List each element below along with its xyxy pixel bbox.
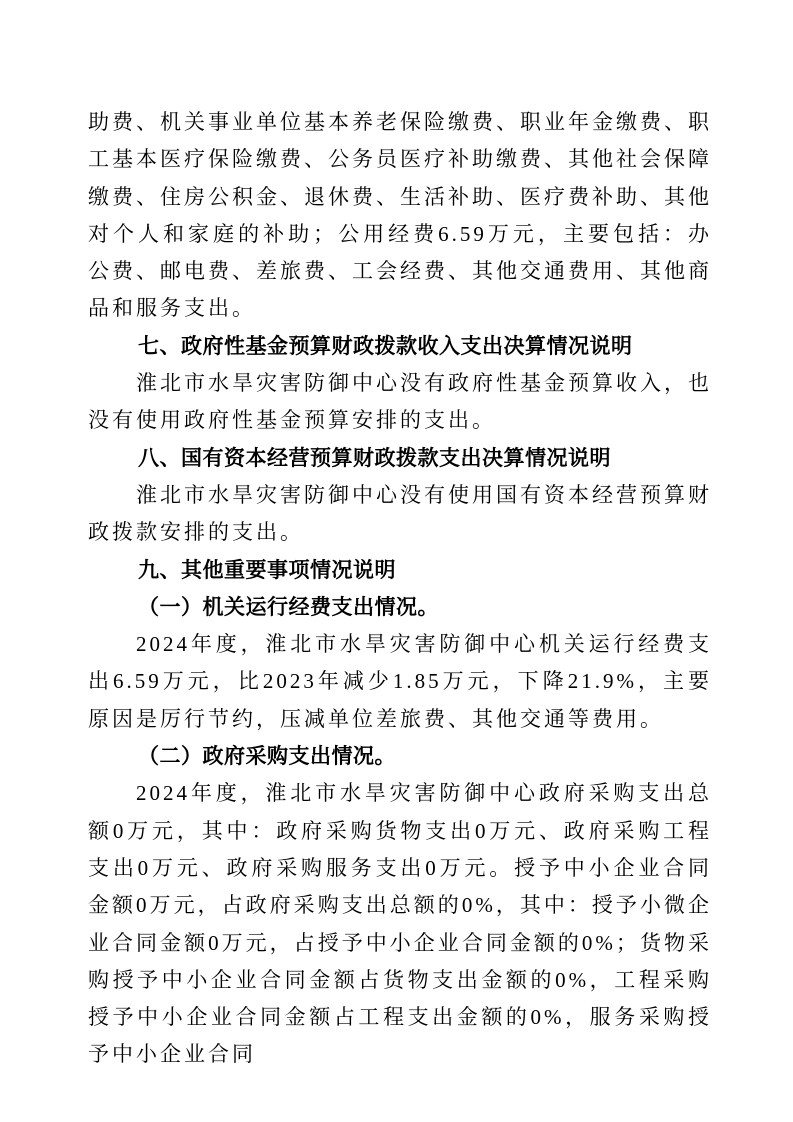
paragraph-gov-fund-budget: 淮北市水旱灾害防御中心没有政府性基金预算收入，也没有使用政府性基金预算安排的支出… xyxy=(88,365,712,440)
section-heading-9-other-important-matters: 九、其他重要事项情况说明 xyxy=(88,552,712,589)
subsection-heading-2-gov-procurement: （二）政府采购支出情况。 xyxy=(88,738,712,775)
subsection-heading-1-operating-expense: （一）机关运行经费支出情况。 xyxy=(88,589,712,626)
section-heading-8-state-capital-budget: 八、国有资本经营预算财政拨款支出决算情况说明 xyxy=(88,440,712,477)
paragraph-state-capital-budget: 淮北市水旱灾害防御中心没有使用国有资本经营预算财政拨款安排的支出。 xyxy=(88,477,712,552)
paragraph-operating-expense: 2024年度，淮北市水旱灾害防御中心机关运行经费支出6.59万元，比2023年减… xyxy=(88,626,712,738)
paragraph-personnel-expense-continued: 助费、机关事业单位基本养老保险缴费、职业年金缴费、职工基本医疗保险缴费、公务员医… xyxy=(88,104,712,328)
section-heading-7-gov-fund-budget: 七、政府性基金预算财政拨款收入支出决算情况说明 xyxy=(88,328,712,365)
document-content: 助费、机关事业单位基本养老保险缴费、职业年金缴费、职工基本医疗保险缴费、公务员医… xyxy=(88,104,712,1074)
document-page: 助费、机关事业单位基本养老保险缴费、职业年金缴费、职工基本医疗保险缴费、公务员医… xyxy=(0,0,793,1122)
paragraph-gov-procurement: 2024年度，淮北市水旱灾害防御中心政府采购支出总额0万元，其中：政府采购货物支… xyxy=(88,775,712,1073)
